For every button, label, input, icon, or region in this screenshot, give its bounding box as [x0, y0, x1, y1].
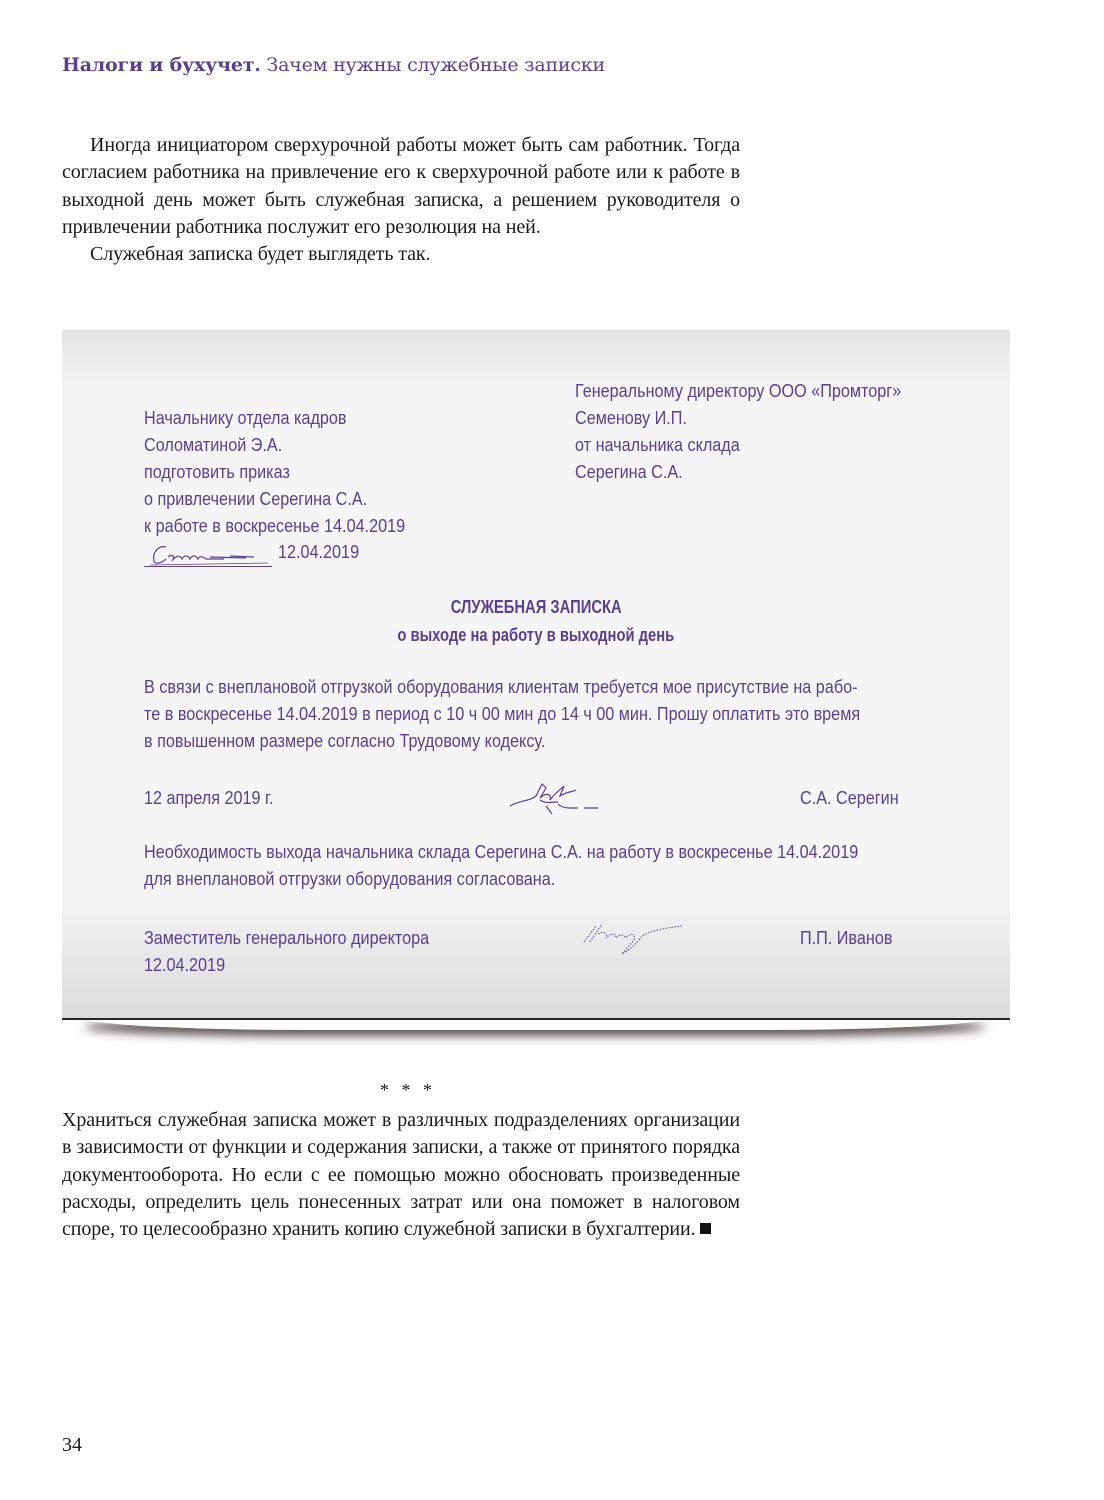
outro-paragraph-text: Храниться служебная записка может в разл…: [62, 1109, 740, 1240]
intro-paragraph: Служебная записка будет выглядеть так.: [62, 241, 740, 268]
director-signature-icon: [146, 539, 276, 569]
section-separator: * * *: [380, 1080, 436, 1101]
outro-text: Храниться служебная записка может в разл…: [62, 1107, 740, 1243]
author-signature-icon: [506, 778, 606, 818]
approver-signature-icon: [582, 920, 692, 960]
memo-title: СЛУЖЕБНАЯ ЗАПИСКА: [451, 593, 622, 621]
addressee-line: от начальника склада: [575, 432, 901, 459]
outro-paragraph: Храниться служебная записка может в разл…: [62, 1107, 740, 1243]
resolution-line: к работе в воскресенье 14.04.2019: [144, 513, 405, 540]
section-name: Налоги и бухучет.: [62, 54, 261, 76]
approver-name: П.П. Иванов: [800, 925, 892, 952]
memo-title-block: СЛУЖЕБНАЯ ЗАПИСКА о выходе на работу в в…: [62, 593, 1010, 649]
resolution-line: Соломатиной Э.А.: [144, 432, 405, 459]
memo-body-line: те в воскресенье 14.04.2019 в период с 1…: [144, 701, 927, 728]
page-number: 34: [62, 1434, 82, 1457]
memo-resolution: Начальнику отдела кадров Соломатиной Э.А…: [144, 405, 434, 540]
intro-paragraph: Иногда инициатором сверхурочной работы м…: [62, 132, 740, 241]
end-of-article-mark: [700, 1223, 711, 1234]
signature-line: [144, 566, 272, 567]
addressee-line: Генеральному директору ООО «Промторг»: [575, 378, 901, 405]
resolution-line: подготовить приказ: [144, 459, 405, 486]
author-name: С.А. Серегин: [800, 785, 899, 812]
resolution-line: о привлечении Серегина С.А.: [144, 486, 405, 513]
intro-text: Иногда инициатором сверхурочной работы м…: [62, 132, 740, 268]
author-date: 12 апреля 2019 г.: [144, 785, 273, 812]
memo-addressee: Генеральному директору ООО «Промторг» Се…: [575, 378, 937, 486]
approval-line: Необходимость выхода начальника склада С…: [144, 839, 927, 866]
approver-date: 12.04.2019: [144, 952, 225, 979]
approval-line: для внеплановой отгрузки оборудования со…: [144, 866, 927, 893]
memo-body: В связи с внеплановой отгрузкой оборудов…: [144, 674, 927, 755]
addressee-line: Семенову И.П.: [575, 405, 901, 432]
running-head: Налоги и бухучет. Зачем нужны служебные …: [62, 54, 605, 76]
memo-subtitle: о выходе на работу в выходной день: [398, 621, 675, 649]
memo-approval: Необходимость выхода начальника склада С…: [144, 839, 927, 893]
approver-position: Заместитель генерального директора: [144, 925, 429, 952]
resolution-signature-row: 12.04.2019: [144, 539, 444, 569]
memo-card: Генеральному директору ООО «Промторг» Се…: [62, 330, 1010, 1020]
memo-body-line: В связи с внеплановой отгрузкой оборудов…: [144, 674, 927, 701]
resolution-date: 12.04.2019: [278, 539, 359, 566]
resolution-line: Начальнику отдела кадров: [144, 405, 405, 432]
article-title: Зачем нужны служебные записки: [267, 54, 605, 76]
memo-body-line: в повышенном размере согласно Трудовому …: [144, 728, 927, 755]
addressee-line: Серегина С.А.: [575, 459, 901, 486]
